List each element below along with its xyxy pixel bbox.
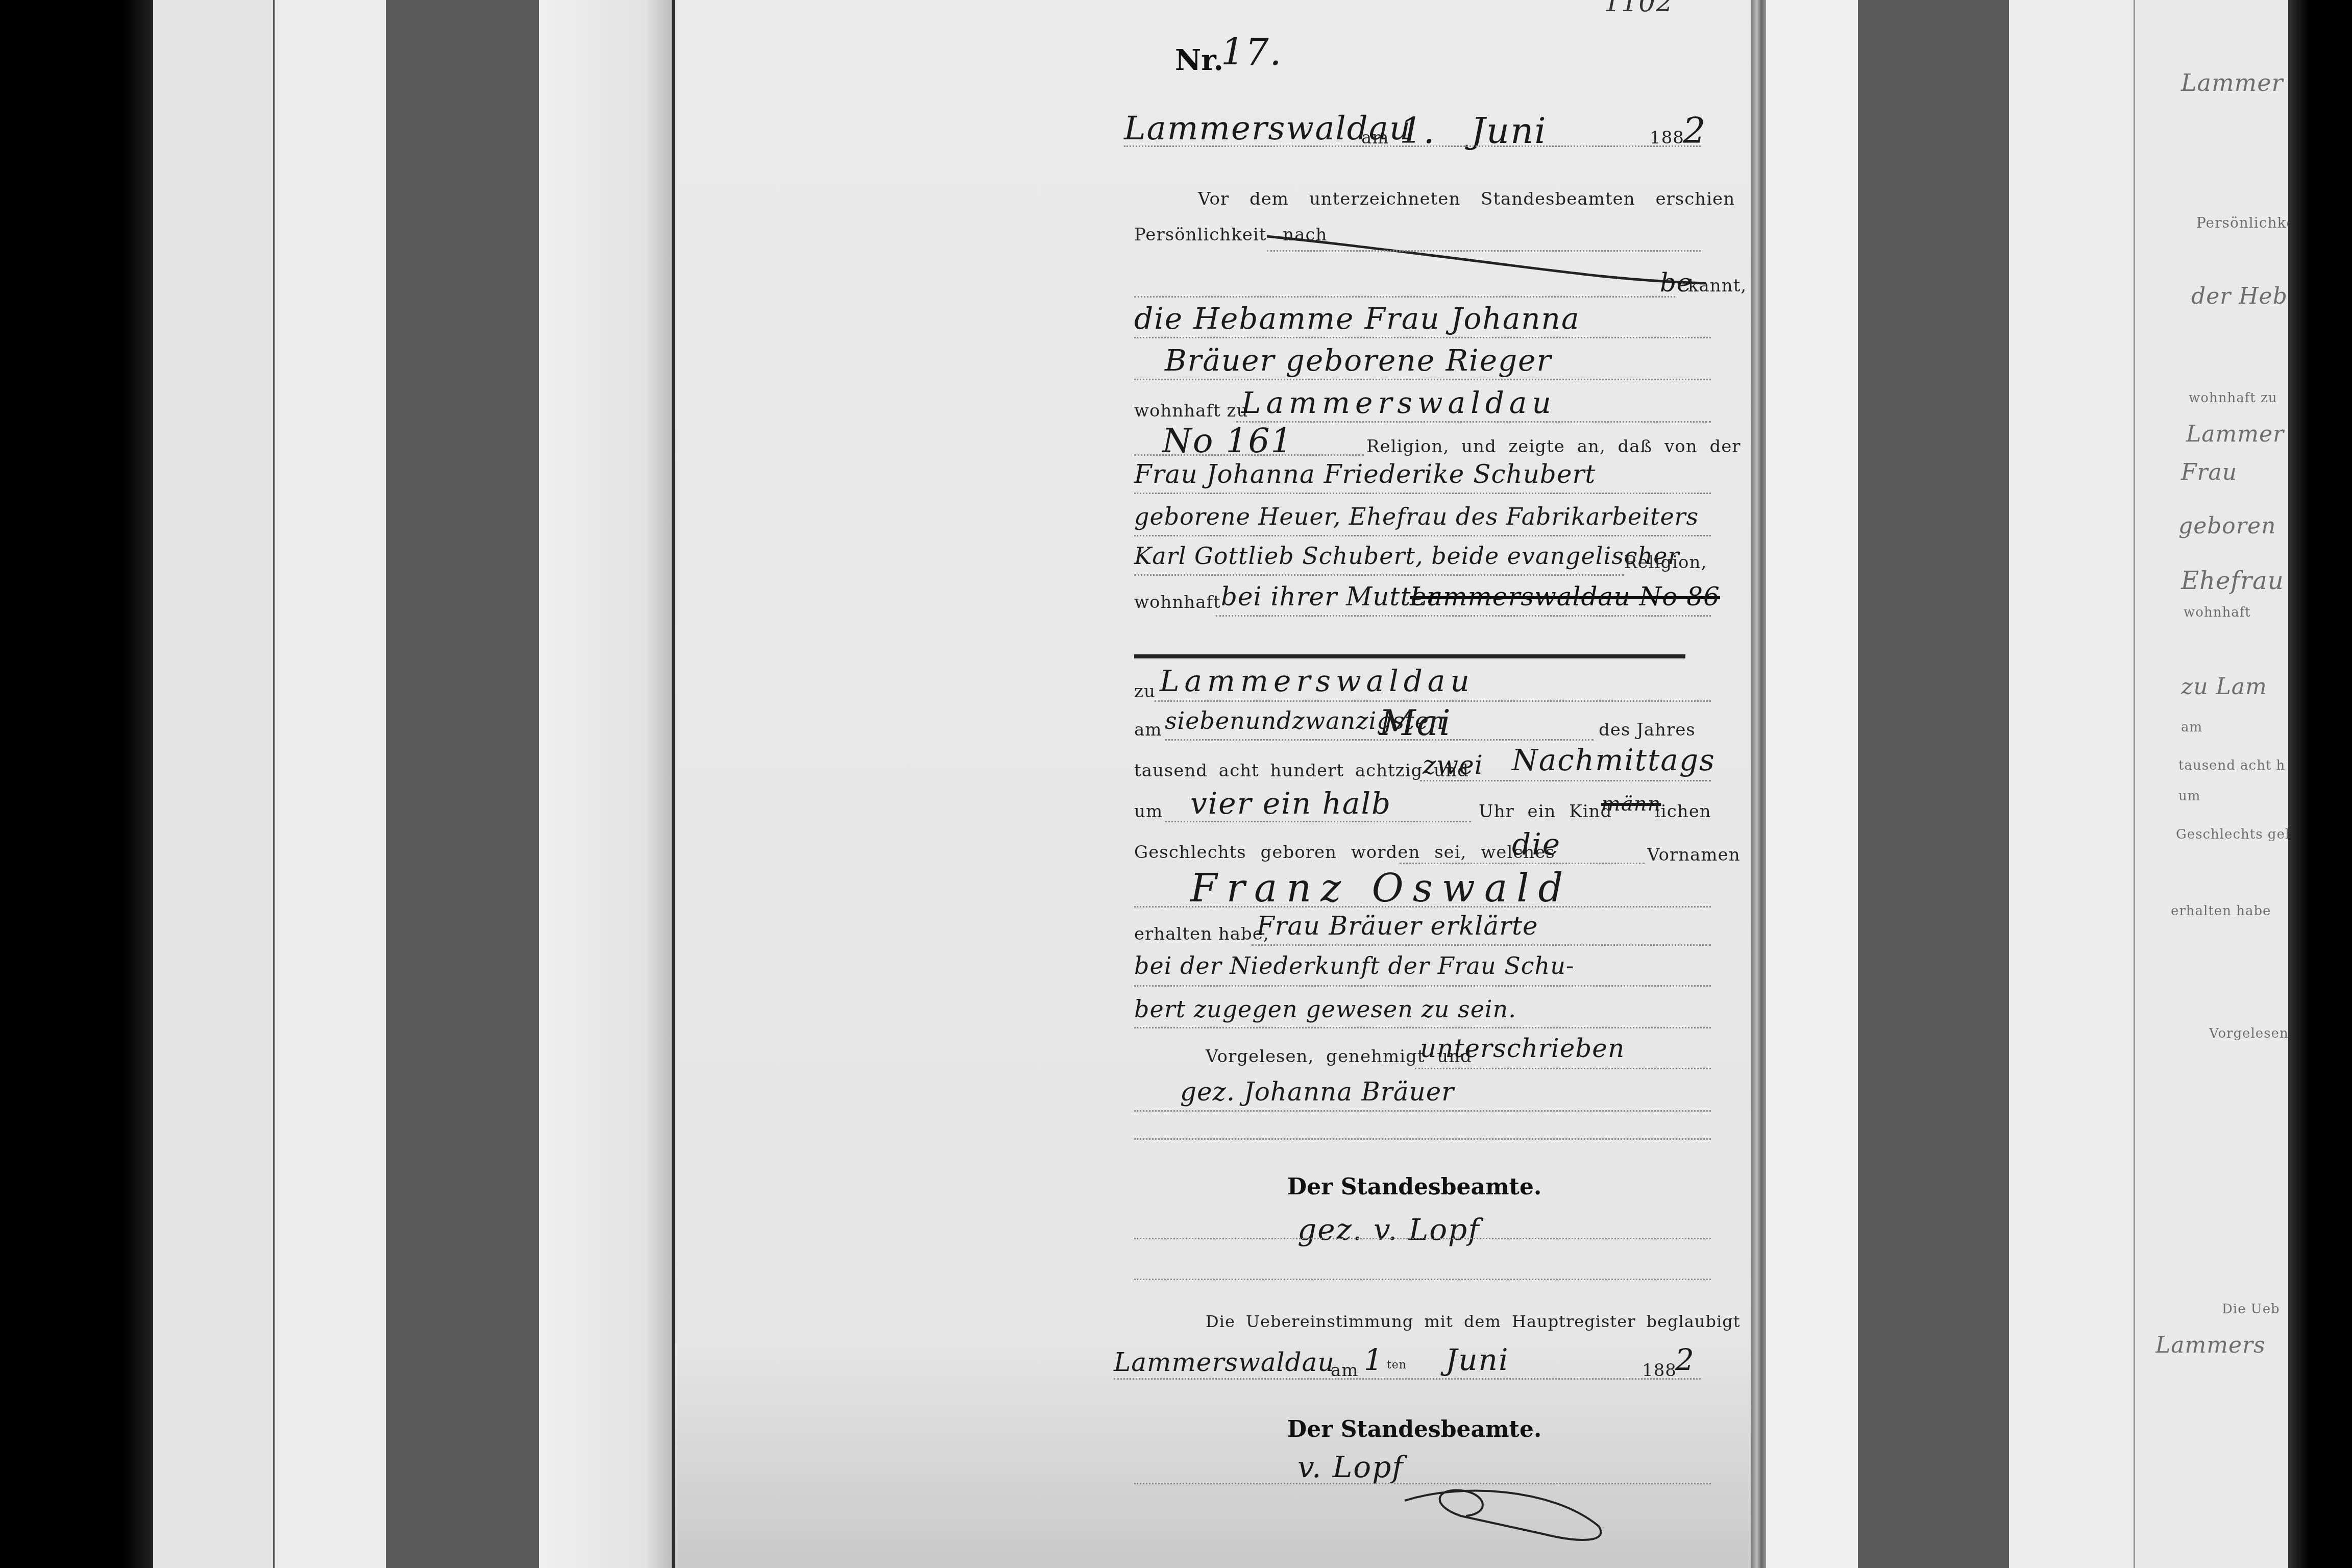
residence2: bei ihrer Mutter bbox=[1221, 582, 1439, 611]
signature-flourish bbox=[1400, 1485, 1614, 1547]
cert-place: Lammerswaldau bbox=[1114, 1347, 1335, 1377]
birth-place: Lammerswaldau bbox=[1160, 664, 1475, 698]
register-page: 1102 Nr. 17. Lammerswaldau am 1. Juni 18… bbox=[672, 0, 1754, 1568]
official-signature: gez. v. Lopf bbox=[1297, 1212, 1480, 1247]
adjacent-line: geboren bbox=[2178, 513, 2276, 539]
year-label: des Jahres bbox=[1599, 720, 1696, 740]
adjacent-line: Lammers bbox=[2155, 1332, 2266, 1358]
rule bbox=[1165, 739, 1594, 741]
year-prefix: 188 bbox=[1650, 128, 1684, 148]
adjacent-line: Vorgelesen bbox=[2209, 1026, 2288, 1041]
rule bbox=[1134, 574, 1624, 576]
adjacent-line: Die Ueb bbox=[2222, 1302, 2280, 1317]
rule bbox=[1134, 1279, 1711, 1280]
adjacent-line: erhalten habe bbox=[2171, 903, 2271, 919]
birth-time: vier ein halb bbox=[1190, 786, 1391, 821]
cert-signature: v. Lopf bbox=[1297, 1450, 1404, 1484]
adjacent-line: Ehefrau bbox=[2181, 567, 2284, 595]
religion-label: Religion, bbox=[1624, 552, 1707, 573]
cert-year-prefix: 188 bbox=[1642, 1360, 1677, 1381]
mother-line-1: Frau Johanna Friederike Schubert bbox=[1134, 459, 1596, 489]
cert-month: Juni bbox=[1445, 1342, 1509, 1377]
informant-signature: gez. Johanna Bräuer bbox=[1180, 1077, 1454, 1107]
cert-day: 1 bbox=[1364, 1342, 1384, 1377]
adjacent-page: Lammer Persönlichkeit der Heb wohnhaft z… bbox=[2135, 0, 2288, 1568]
rule bbox=[1415, 1068, 1711, 1069]
residence2-struck: Lammerswaldau No 86 bbox=[1410, 582, 1720, 611]
adjacent-line: um bbox=[2178, 789, 2200, 804]
cert-am: am bbox=[1331, 1360, 1359, 1381]
rule bbox=[1134, 1238, 1711, 1239]
article: die bbox=[1512, 827, 1561, 862]
rule bbox=[1134, 1138, 1711, 1140]
birth-place-label: zu bbox=[1134, 681, 1156, 702]
rule bbox=[1216, 615, 1711, 617]
year-words: tausend acht hundert achtzig und bbox=[1134, 761, 1469, 781]
page-stack-edge bbox=[539, 0, 672, 1568]
informant-line-2: Bräuer geborene Rieger bbox=[1165, 343, 1552, 378]
page-stack-edge bbox=[153, 0, 275, 1568]
adjacent-line: Persönlichkeit bbox=[2196, 214, 2288, 231]
adjacent-line: Frau bbox=[2181, 459, 2237, 485]
adjacent-line: Lammer bbox=[2186, 421, 2284, 447]
adjacent-line: Geschlechts geb bbox=[2176, 827, 2288, 842]
rule bbox=[1134, 493, 1711, 494]
rule bbox=[1134, 906, 1711, 908]
page-edge bbox=[1751, 0, 1766, 1568]
residence-label: wohnhaft zu bbox=[1134, 401, 1248, 421]
child-name: Franz Oswald bbox=[1190, 865, 1572, 911]
cert-day-suffix: ten bbox=[1387, 1359, 1407, 1371]
rule bbox=[1134, 454, 1364, 456]
official-title: Der Standesbeamte. bbox=[1287, 1174, 1541, 1200]
statement-line-1: Frau Bräuer erklärte bbox=[1257, 911, 1538, 941]
page-stack-edge bbox=[275, 0, 386, 1568]
rule bbox=[1252, 944, 1711, 946]
page-number: 1102 bbox=[1604, 0, 1673, 18]
birth-day-label: am bbox=[1134, 720, 1162, 740]
record-number-label: Nr. bbox=[1175, 43, 1223, 77]
adjacent-line: am bbox=[2181, 720, 2202, 735]
strike-line bbox=[1267, 232, 1706, 288]
adjacent-line: zu Lam bbox=[2181, 674, 2267, 700]
rule bbox=[1420, 780, 1711, 781]
rule bbox=[1134, 1027, 1711, 1028]
rule bbox=[1134, 1110, 1711, 1112]
residence: Lammerswaldau bbox=[1241, 385, 1556, 420]
rule bbox=[1134, 296, 1675, 298]
statement-line-2: bei der Niederkunft der Frau Schu- bbox=[1134, 952, 1574, 979]
identity-suffix: kannt, bbox=[1688, 276, 1747, 296]
rule bbox=[1134, 379, 1711, 380]
cert-year-suffix: 2 bbox=[1675, 1342, 1695, 1377]
cert-official-title: Der Standesbeamte. bbox=[1287, 1416, 1541, 1442]
section-divider bbox=[1134, 654, 1685, 658]
mother-line-2: geborene Heuer, Ehefrau des Fabrikarbeit… bbox=[1134, 503, 1699, 530]
rule bbox=[1134, 535, 1711, 536]
erhalten-label: erhalten habe, bbox=[1134, 924, 1269, 944]
sex-suffix: lichen bbox=[1655, 801, 1711, 822]
adjacent-line: tausend acht h bbox=[2178, 758, 2285, 773]
gutter-shadow-right bbox=[1858, 0, 2009, 1568]
geschlecht-phrase: Geschlechts geboren worden sei, welches bbox=[1134, 842, 1555, 863]
sex-struck: männ bbox=[1601, 792, 1661, 816]
rule bbox=[1134, 1483, 1711, 1484]
uhr-phrase: Uhr ein Kind bbox=[1479, 801, 1612, 822]
film-border-left bbox=[0, 0, 153, 1568]
gutter-shadow-left bbox=[386, 0, 539, 1568]
rule bbox=[1165, 821, 1471, 822]
time-of-day: Nachmittags bbox=[1512, 743, 1716, 777]
rule bbox=[1114, 1378, 1701, 1380]
adjacent-line: wohnhaft bbox=[2184, 605, 2251, 620]
religion-phrase: Religion, und zeigte an, daß von der bbox=[1366, 436, 1741, 457]
rule bbox=[1134, 985, 1711, 987]
residence2-label: wohnhaft bbox=[1134, 592, 1221, 612]
rule bbox=[1124, 145, 1701, 147]
mother-line-3: Karl Gottlieb Schubert, beide evangelisc… bbox=[1134, 542, 1679, 570]
adjacent-line: der Heb bbox=[2191, 283, 2288, 309]
certification-text: Die Uebereinstimmung mit dem Hauptregist… bbox=[1206, 1312, 1741, 1331]
rule bbox=[1400, 863, 1645, 864]
page-stack-edge bbox=[1766, 0, 1858, 1568]
time-label: um bbox=[1134, 801, 1163, 822]
adjacent-line: wohnhaft zu bbox=[2189, 390, 2277, 406]
adjacent-line: Lammer bbox=[2181, 69, 2283, 96]
page-stack-edge bbox=[2009, 0, 2135, 1568]
film-border-right bbox=[2288, 0, 2352, 1568]
rule bbox=[1236, 421, 1711, 423]
rule bbox=[1134, 337, 1711, 338]
informant-line-1: die Hebamme Frau Johanna bbox=[1134, 301, 1580, 336]
year-last: zwei bbox=[1423, 750, 1483, 780]
vorgelesen-hand: unterschrieben bbox=[1420, 1034, 1625, 1063]
rule bbox=[1267, 250, 1701, 252]
vornamen-label: Vornamen bbox=[1647, 845, 1741, 865]
record-number: 17. bbox=[1221, 31, 1283, 73]
am-label: am bbox=[1361, 128, 1389, 148]
birth-month: Mai bbox=[1379, 702, 1452, 744]
statement-line-3: bert zugegen gewesen zu sein. bbox=[1134, 995, 1516, 1023]
